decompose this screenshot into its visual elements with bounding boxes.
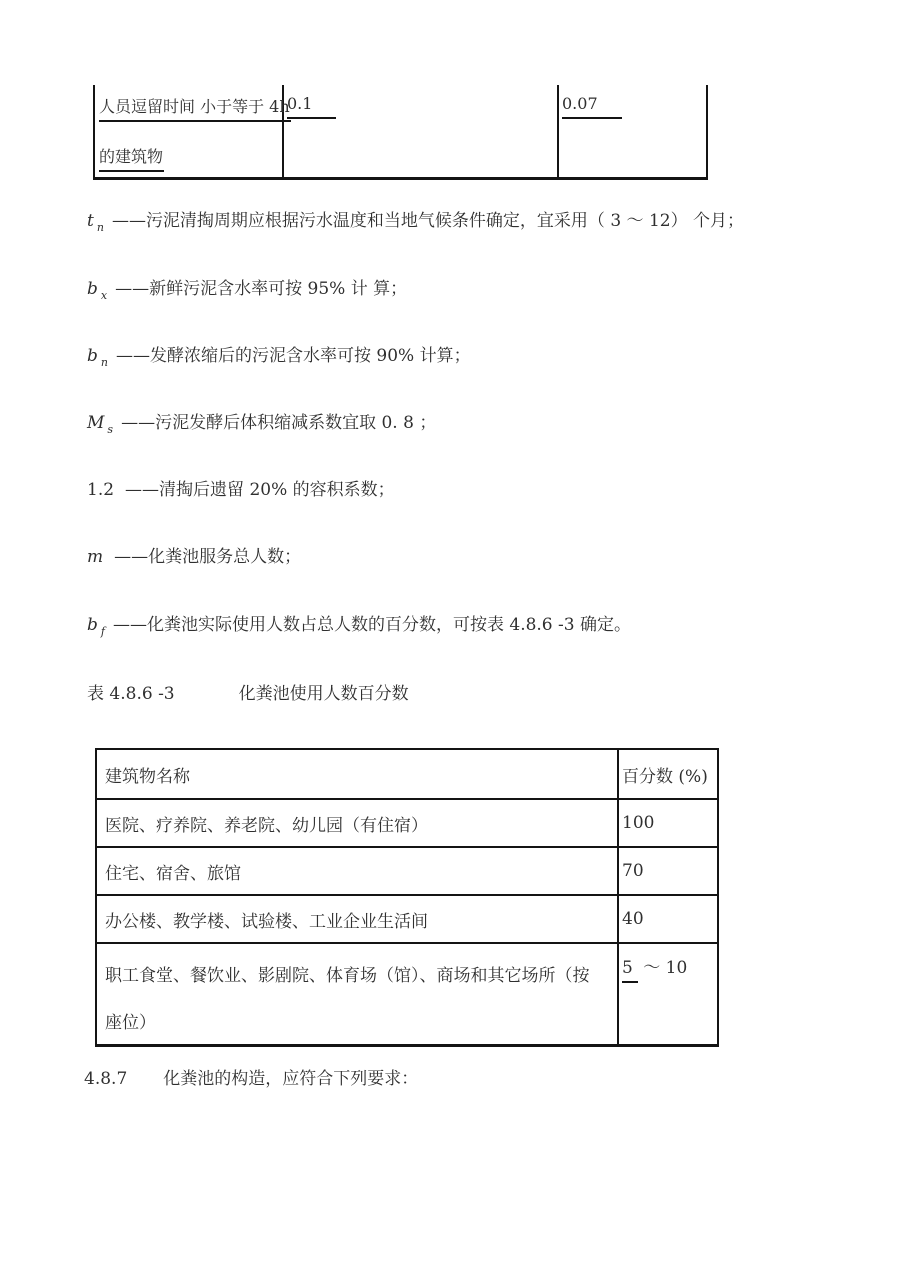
underlined-text: 的建筑物 — [99, 147, 164, 172]
variable-symbol: t — [87, 211, 94, 231]
table-caption: 表 4.8.6 -3化粪池使用人数百分数 — [87, 679, 409, 704]
variable-subscript: f — [101, 625, 105, 638]
clause-number: 4.8.7 — [84, 1069, 127, 1089]
fragment-building-line1: 人员逗留时间 小于等于 4h — [99, 94, 282, 117]
table-caption-title: 化粪池使用人数百分数 — [239, 684, 409, 704]
variable-subscript: x — [101, 289, 107, 302]
clause-text: 化粪池的构造，应符合下列要求： — [163, 1069, 418, 1089]
definition-ms: Ms——污泥发酵后体积缩减系数宜取 0. 8 ； — [87, 408, 436, 433]
definition-bf: bf——化粪池实际使用人数占总人数的百分数，可按表 4.8.6 -3 确定。 — [87, 610, 631, 635]
variable-symbol: 1.2 — [87, 480, 114, 500]
table-header-row: 建筑物名称 百分数 (%) — [97, 750, 717, 800]
table-caption-label: 表 4.8.6 -3 — [87, 684, 175, 704]
fragment-cell-building-type: 人员逗留时间 小于等于 4h 的建筑物 — [95, 85, 284, 177]
variable-symbol: b — [87, 615, 98, 635]
underlined-text: 人员逗留时间 小于等于 4h — [99, 97, 291, 122]
cell-building: 住宅、宿舍、旅馆 — [97, 848, 619, 894]
table-row: 职工食堂、餐饮业、影剧院、体育场（馆）、商场和其它场所（按座位） 5 ～ 10 — [97, 944, 717, 1044]
clause-487: 4.8.7化粪池的构造，应符合下列要求： — [84, 1064, 418, 1089]
variable-symbol: M — [87, 413, 104, 433]
underlined-value: 0.07 — [562, 94, 622, 119]
percentage-table: 建筑物名称 百分数 (%) 医院、疗养院、养老院、幼儿园（有住宿） 100 住宅… — [95, 748, 719, 1047]
fragment-cell-value-2: 0.07 — [559, 85, 706, 177]
variable-symbol: b — [87, 279, 98, 299]
cell-percent: 40 — [619, 896, 717, 942]
underlined-value: 5 — [622, 958, 638, 983]
cell-building: 医院、疗养院、养老院、幼儿园（有住宿） — [97, 800, 619, 846]
document-page: 人员逗留时间 小于等于 4h 的建筑物 0.1 0.07 tn——污泥清掏周期应… — [0, 0, 900, 1273]
definition-m: m——化粪池服务总人数； — [87, 542, 301, 567]
definition-text: ——污泥发酵后体积缩减系数宜取 0. 8 ； — [121, 413, 436, 433]
definition-text: ——污泥清掏周期应根据污水温度和当地气候条件确定，宜采用（ 3 ～ 12） 个月… — [112, 211, 744, 231]
header-building-name: 建筑物名称 — [97, 750, 619, 798]
variable-subscript: n — [97, 221, 104, 234]
definition-tn: tn——污泥清掏周期应根据污水温度和当地气候条件确定，宜采用（ 3 ～ 12） … — [87, 206, 744, 231]
cell-percent: 100 — [619, 800, 717, 846]
table-row: 住宅、宿舍、旅馆 70 — [97, 848, 717, 896]
variable-subscript: s — [107, 423, 113, 436]
definition-bn: bn——发酵浓缩后的污泥含水率可按 90% 计算； — [87, 341, 471, 366]
fragment-cell-value-1: 0.1 — [284, 85, 559, 177]
definition-text: ——清掏后遗留 20% 的容积系数； — [125, 480, 395, 500]
variable-symbol: m — [87, 547, 103, 567]
definition-text: ——化粪池实际使用人数占总人数的百分数，可按表 4.8.6 -3 确定。 — [113, 615, 631, 635]
definition-text: ——发酵浓缩后的污泥含水率可按 90% 计算； — [116, 346, 471, 366]
cell-building: 职工食堂、餐饮业、影剧院、体育场（馆）、商场和其它场所（按座位） — [97, 944, 619, 1044]
table-row: 医院、疗养院、养老院、幼儿园（有住宿） 100 — [97, 800, 717, 848]
cell-percent: 5 ～ 10 — [619, 944, 717, 1044]
definition-volume-coefficient: 1.2——清掏后遗留 20% 的容积系数； — [87, 475, 395, 500]
cell-percent: 70 — [619, 848, 717, 894]
fragment-building-line2: 的建筑物 — [99, 144, 282, 167]
definition-bx: bx——新鲜污泥含水率可按 95% 计 算； — [87, 274, 407, 299]
header-percent: 百分数 (%) — [619, 750, 717, 798]
cell-building: 办公楼、教学楼、试验楼、工业企业生活间 — [97, 896, 619, 942]
top-table-fragment: 人员逗留时间 小于等于 4h 的建筑物 0.1 0.07 — [93, 85, 708, 180]
variable-subscript: n — [101, 356, 108, 369]
variable-symbol: b — [87, 346, 98, 366]
percent-range-rest: ～ 10 — [638, 958, 687, 978]
definition-text: ——化粪池服务总人数； — [114, 547, 301, 567]
table-row: 办公楼、教学楼、试验楼、工业企业生活间 40 — [97, 896, 717, 944]
definition-text: ——新鲜污泥含水率可按 95% 计 算； — [115, 279, 407, 299]
underlined-value: 0.1 — [287, 94, 336, 119]
